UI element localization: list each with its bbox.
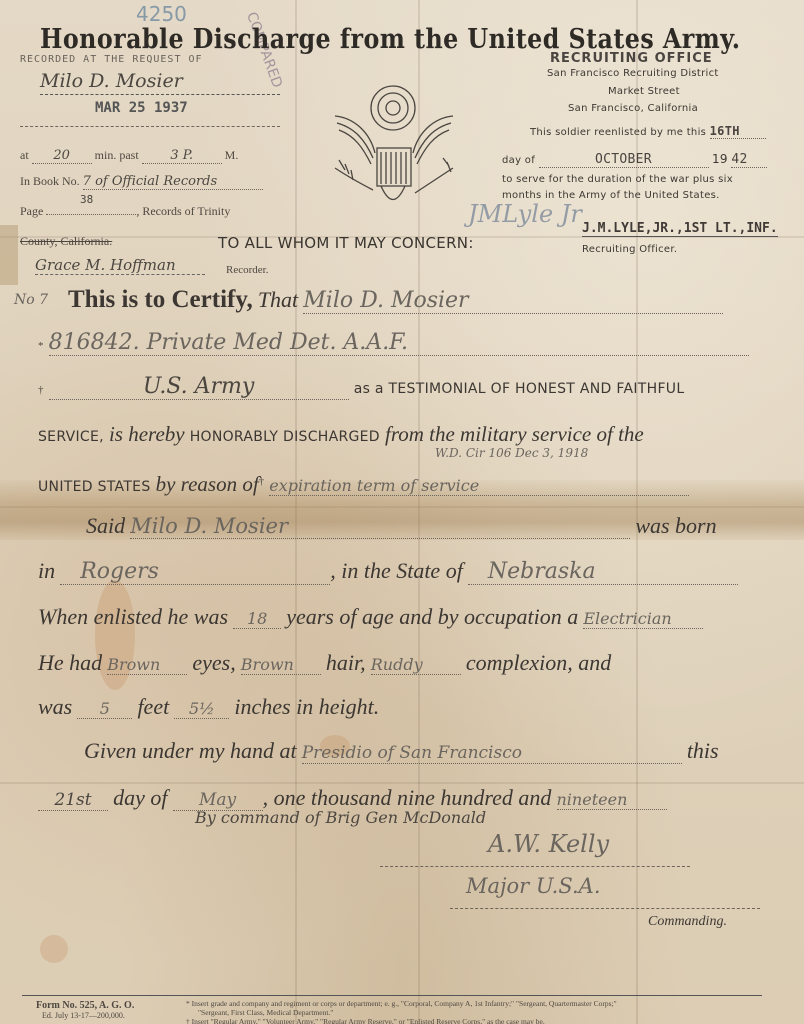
hair-value: Brown xyxy=(241,655,321,675)
state-label: , in the State of xyxy=(330,558,463,583)
eagle-emblem-icon xyxy=(325,78,465,218)
description-line: He had Brown eyes, Brown hair, Ruddy com… xyxy=(38,650,756,676)
commander-signature: A.W. Kelly xyxy=(488,830,609,858)
command-note: By command of Brig Gen McDonald xyxy=(195,808,486,827)
serial-line: * 816842. Private Med Det. A.A.F. xyxy=(38,330,756,356)
record-number-stamp: 4250 xyxy=(136,2,187,26)
date-stamp: MAR 25 1937 xyxy=(95,100,188,116)
signer-rank: Major U.S.A. xyxy=(466,874,601,898)
testimonial-text: as a TESTIMONIAL OF HONEST AND FAITHFUL xyxy=(354,381,685,397)
officer-signature: JMLyle Jr xyxy=(468,200,582,228)
records-of-label: Records of Trinity xyxy=(142,204,230,218)
by-reason-label: by reason of xyxy=(156,472,259,496)
requester-signature: Milo D. Mosier xyxy=(40,70,280,95)
reenlisted-label: This soldier reenlisted by me this xyxy=(530,127,706,138)
book-row: In Book No. 7 of Official Records xyxy=(20,174,263,190)
eyes-value: Brown xyxy=(107,655,187,675)
footnote-2: † Insert "Regular Army," "Volunteer Army… xyxy=(186,1017,545,1024)
officer-name: J.M.LYLE,JR.,1ST LT.,INF. xyxy=(582,221,778,237)
discharged-label: HONORABLY DISCHARGED xyxy=(190,429,380,445)
eyes-label: eyes, xyxy=(192,650,235,675)
said-name: Milo D. Mosier xyxy=(130,514,630,539)
year-prefix: 19 xyxy=(712,152,728,166)
reenlist-month: OCTOBER xyxy=(539,152,709,168)
birthplace-line: in Rogers, in the State of Nebraska xyxy=(38,558,756,585)
that-label: That xyxy=(258,287,298,312)
serial-marker: * xyxy=(38,340,44,352)
water-stain xyxy=(0,225,18,285)
given-label: Given under my hand at xyxy=(84,738,297,763)
enlisted-label: When enlisted he was xyxy=(38,604,228,629)
service-label: SERVICE, xyxy=(38,429,104,445)
signature-line xyxy=(380,866,690,867)
serve-text-1: to serve for the duration of the war plu… xyxy=(502,174,733,185)
recorded-label: RECORDED AT THE REQUEST OF xyxy=(20,54,203,65)
minutes-value: 20 xyxy=(32,148,92,164)
page-row: Page , Records of Trinity xyxy=(20,204,230,219)
reenlisted-row: This soldier reenlisted by me this 16TH xyxy=(530,124,766,139)
form-edition: Ed. July 13-17—200,000. xyxy=(42,1011,125,1020)
state-value: Nebraska xyxy=(468,559,738,585)
salutation: TO ALL WHOM IT MAY CONCERN: xyxy=(218,234,474,252)
officer-title: Recruiting Officer. xyxy=(582,244,677,255)
was-label: was xyxy=(38,694,72,719)
said-label: Said xyxy=(86,513,125,538)
m-label: M. xyxy=(225,148,239,162)
rank-line xyxy=(450,908,760,909)
years-label: years of age and by occupation a xyxy=(286,604,578,629)
recorder-label: Recorder. xyxy=(226,264,268,276)
recruiting-city: San Francisco, California xyxy=(568,103,698,114)
reenlist-date-row: day of OCTOBER 19 42 xyxy=(502,152,767,168)
year-value: nineteen xyxy=(557,790,667,810)
said-line: Said Milo D. Mosier was born xyxy=(38,513,756,539)
min-past-label: min. past xyxy=(95,148,139,162)
recording-time-row: at 20 min. past 3 P. M. xyxy=(20,148,238,164)
county-label: County, California. xyxy=(20,234,112,249)
discharge-document: 4250 COMPARED Honorable Discharge from t… xyxy=(0,0,804,1024)
commanding-label: Commanding. xyxy=(648,914,727,930)
in-label: in xyxy=(38,558,55,583)
serial-and-grade: 816842. Private Med Det. A.A.F. xyxy=(49,330,749,356)
thousand-label: , one thousand nine hundred and xyxy=(263,785,552,810)
form-number: Form No. 525, A. G. O. xyxy=(36,1000,134,1011)
feet-value: 5 xyxy=(77,699,132,719)
soldier-name: Milo D. Mosier xyxy=(303,288,723,314)
inches-label: inches in height. xyxy=(234,694,379,719)
inches-value: 5½ xyxy=(174,699,229,719)
hour-value: 3 P. xyxy=(142,148,222,164)
army-line: † U.S. Army as a TESTIMONIAL OF HONEST A… xyxy=(38,374,756,400)
age-line: When enlisted he was 18 years of age and… xyxy=(38,604,756,630)
feet-label: feet xyxy=(137,694,169,719)
united-states-label: UNITED STATES xyxy=(38,479,151,495)
hereby-label: is hereby xyxy=(109,422,185,446)
year-suffix: 42 xyxy=(731,152,767,168)
fold-line xyxy=(0,782,804,784)
at-label: at xyxy=(20,148,29,162)
day-of-label: day of xyxy=(113,785,167,810)
footnote-1-cont: "Sergeant, First Class, Medical Departme… xyxy=(198,1008,333,1017)
day-of-label: day of xyxy=(502,155,535,166)
page-label: Page xyxy=(20,204,43,218)
certify-label: This is to Certify, xyxy=(68,286,253,313)
page-blank xyxy=(46,214,136,215)
occupation-value: Electrician xyxy=(583,609,703,629)
discharge-line: SERVICE, is hereby HONORABLY DISCHARGED … xyxy=(38,422,756,447)
from-label: from the military service of the xyxy=(385,422,644,446)
day-value: 21st xyxy=(38,790,108,811)
dagger-marker-2: † xyxy=(259,476,265,488)
recruiting-office-heading: RECRUITING OFFICE xyxy=(550,51,713,66)
had-label: He had xyxy=(38,650,102,675)
given-line: Given under my hand at Presidio of San F… xyxy=(38,738,756,764)
age-value: 18 xyxy=(233,609,281,629)
given-place: Presidio of San Francisco xyxy=(302,743,682,764)
dagger-marker: † xyxy=(38,384,44,396)
recruiting-street: Market Street xyxy=(608,86,680,97)
hair-label: hair, xyxy=(326,650,366,675)
was-born-label: was born xyxy=(635,513,716,538)
height-line: was 5 feet 5½ inches in height. xyxy=(38,694,756,720)
reenlisted-day: 16TH xyxy=(710,124,766,139)
recruiting-district: San Francisco Recruiting District xyxy=(547,68,719,79)
reason-value: expiration term of service xyxy=(269,476,689,496)
complexion-label: complexion, and xyxy=(466,650,611,675)
birthplace-value: Rogers xyxy=(60,559,330,585)
footer-rule xyxy=(22,995,762,996)
recorder-signature: Grace M. Hoffman xyxy=(35,256,205,275)
wd-circular-note: W.D. Cir 106 Dec 3, 1918 xyxy=(435,446,588,460)
footnote-1: * Insert grade and company and regiment … xyxy=(186,999,617,1008)
book-value: 7 of Official Records xyxy=(83,174,263,190)
army-value: U.S. Army xyxy=(49,374,349,400)
certify-line: This is to Certify, That Milo D. Mosier xyxy=(38,286,756,314)
stain-spot xyxy=(40,935,68,963)
book-label: In Book No. xyxy=(20,174,80,188)
divider xyxy=(20,126,280,127)
complexion-value: Ruddy xyxy=(371,655,461,675)
reason-line: UNITED STATES by reason of† expiration t… xyxy=(38,472,756,497)
this-label: this xyxy=(687,738,719,763)
